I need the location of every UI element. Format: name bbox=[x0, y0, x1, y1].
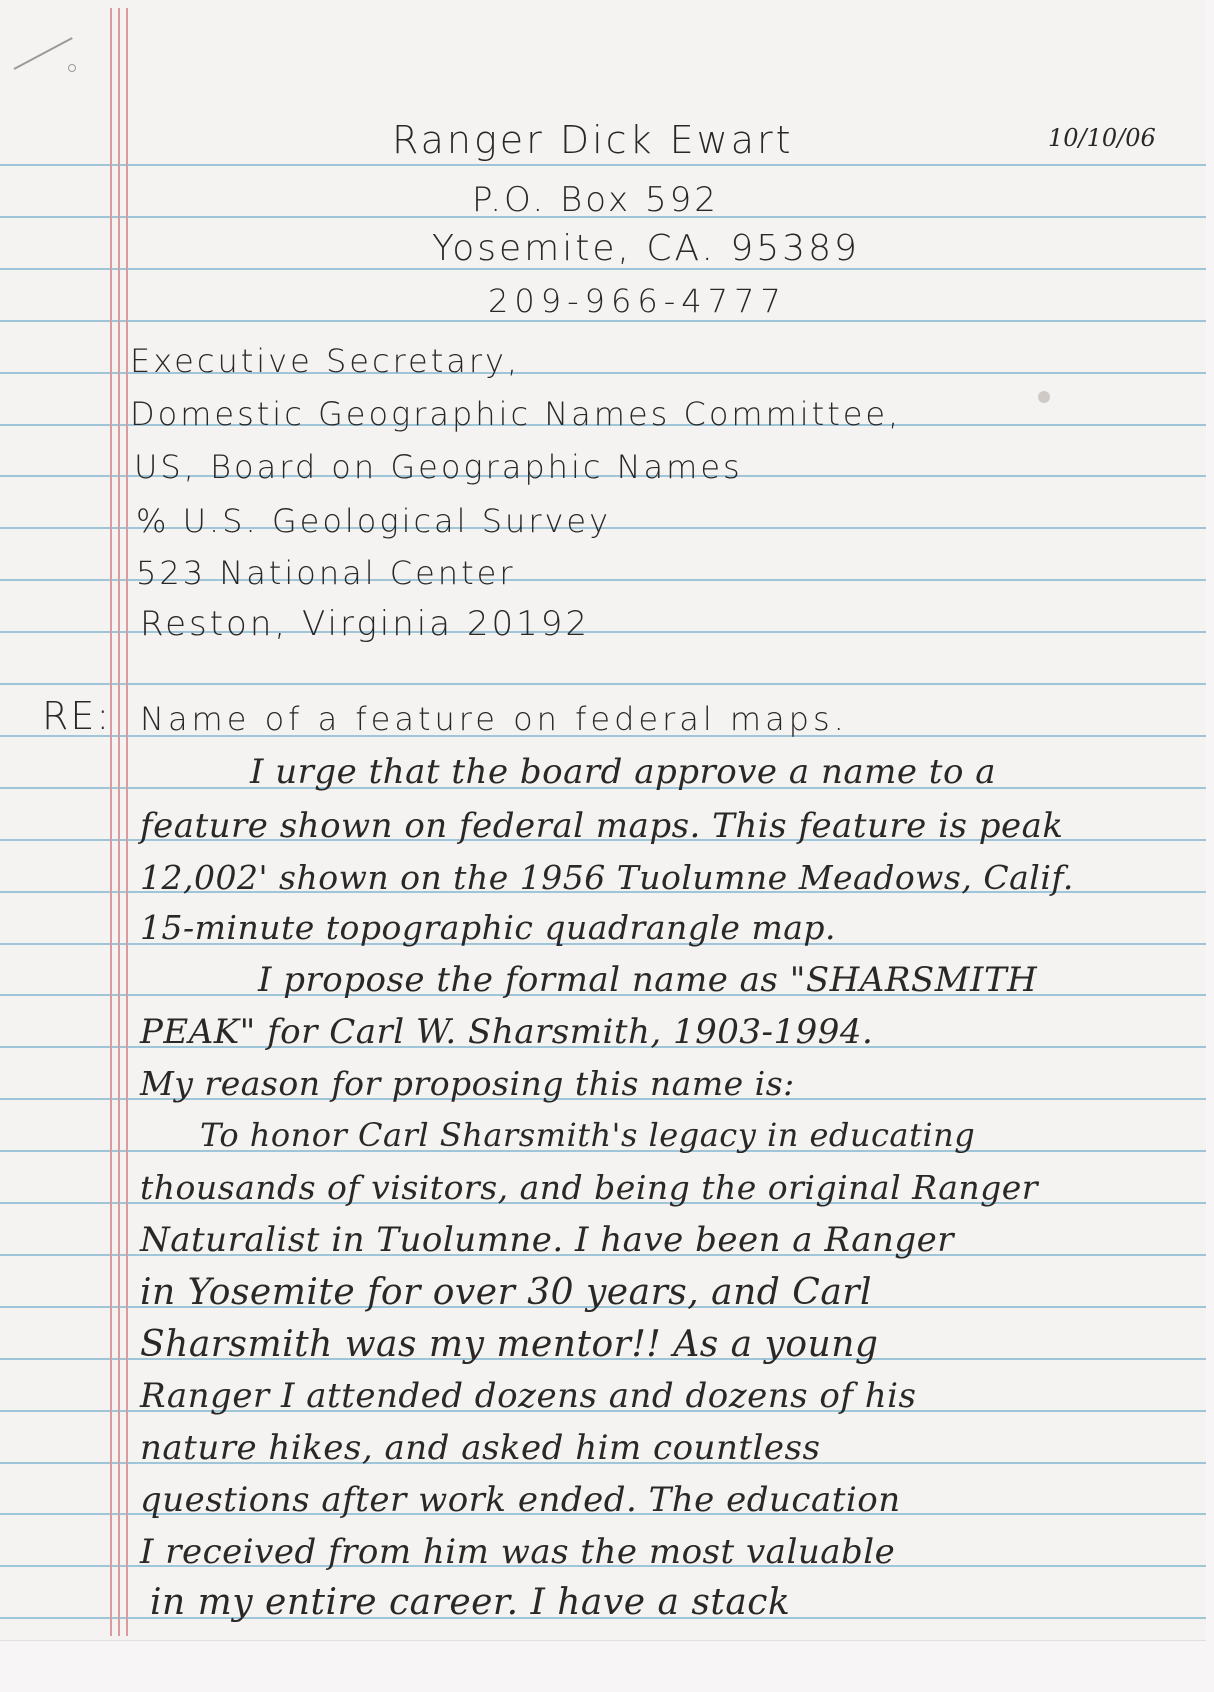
body-line: in Yosemite for over 30 years, and Carl bbox=[140, 1272, 872, 1313]
subject-text: Name of a feature on federal maps. bbox=[140, 700, 848, 738]
recipient-line2: Domestic Geographic Names Committee, bbox=[130, 395, 901, 433]
sender-name: Ranger Dick Ewart bbox=[392, 118, 794, 162]
body-line: PEAK" for Carl W. Sharsmith, 1903-1994. bbox=[140, 1012, 873, 1052]
body-line: I received from him was the most valuabl… bbox=[140, 1532, 895, 1572]
margin-line-1 bbox=[110, 8, 112, 1636]
ruled-line bbox=[0, 164, 1206, 166]
pin-mark-icon bbox=[14, 37, 73, 70]
recipient-line5: 523 National Center bbox=[136, 554, 515, 592]
body-line: Sharsmith was my mentor!! As a young bbox=[140, 1324, 878, 1365]
body-line: Ranger I attended dozens and dozens of h… bbox=[140, 1376, 916, 1416]
body-line: 15-minute topographic quadrangle map. bbox=[140, 908, 836, 947]
body-line: 12,002' shown on the 1956 Tuolumne Meado… bbox=[140, 858, 1074, 897]
body-line: Naturalist in Tuolumne. I have been a Ra… bbox=[140, 1220, 954, 1260]
body-line: feature shown on federal maps. This feat… bbox=[140, 806, 1063, 846]
body-line: I propose the formal name as "SHARSMITH bbox=[258, 960, 1037, 1000]
body-line: To honor Carl Sharsmith's legacy in educ… bbox=[200, 1116, 975, 1154]
sender-address-line2: Yosemite, CA. 95389 bbox=[432, 228, 860, 269]
sender-phone: 209-966-4777 bbox=[488, 282, 787, 320]
body-line: in my entire career. I have a stack bbox=[150, 1582, 790, 1623]
body-line: nature hikes, and asked him countless bbox=[140, 1428, 820, 1468]
body-line: thousands of visitors, and being the ori… bbox=[140, 1168, 1038, 1207]
body-line: My reason for proposing this name is: bbox=[140, 1064, 795, 1103]
recipient-line3: US, Board on Geographic Names bbox=[134, 448, 743, 486]
ruled-line bbox=[0, 320, 1206, 322]
sender-address-line1: P.O. Box 592 bbox=[472, 180, 719, 220]
margin-line-3 bbox=[126, 8, 128, 1636]
ruled-line bbox=[0, 683, 1206, 685]
recipient-line4: % U.S. Geological Survey bbox=[136, 502, 611, 540]
body-line: I urge that the board approve a name to … bbox=[250, 752, 996, 792]
letter-date: 10/10/06 bbox=[1048, 124, 1156, 152]
margin-line-2 bbox=[118, 8, 120, 1636]
pin-head-icon bbox=[68, 64, 76, 72]
body-line: questions after work ended. The educatio… bbox=[140, 1480, 901, 1520]
subject-label: RE: bbox=[42, 694, 111, 738]
recipient-line6: Reston, Virginia 20192 bbox=[140, 604, 590, 644]
paper-speck bbox=[1038, 391, 1050, 403]
recipient-line1: Executive Secretary, bbox=[130, 342, 520, 380]
